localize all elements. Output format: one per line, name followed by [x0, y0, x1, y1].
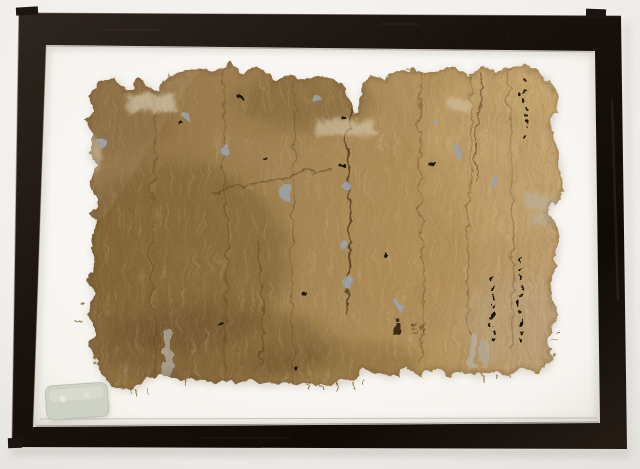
- ink-number-1: 113: [406, 318, 415, 333]
- photograph: 113 96: [0, 0, 640, 469]
- ink-number-2: 96: [415, 323, 424, 333]
- conservation-sticker: [45, 382, 110, 422]
- artifact-photo-svg: 113 96: [0, 0, 640, 469]
